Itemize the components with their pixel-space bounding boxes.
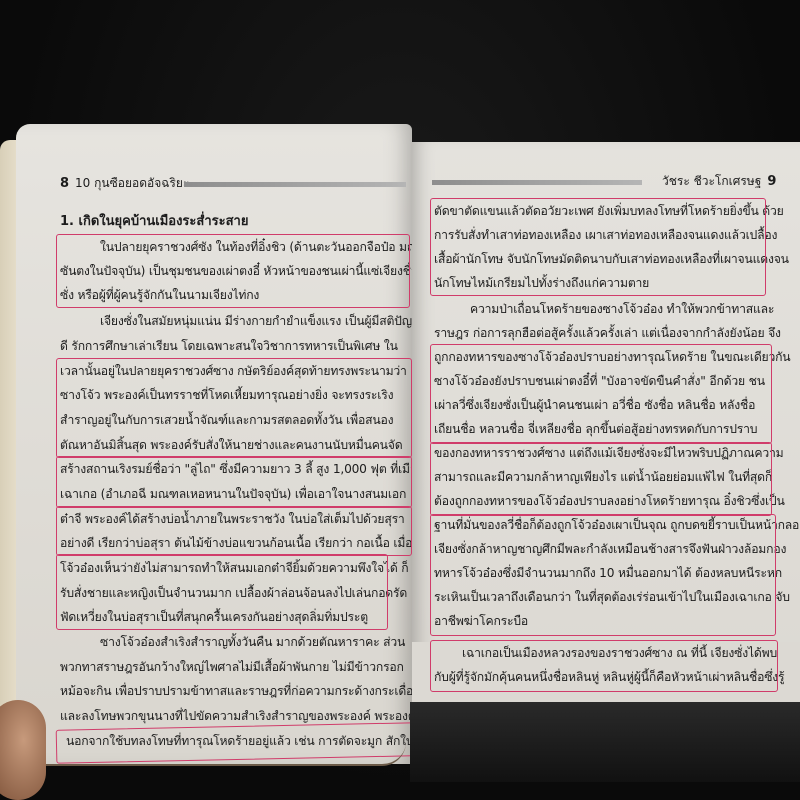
text-line: ต้องถูกกองทหารของโจ้วอ๋องปราบลงอย่างโหดร…	[434, 492, 785, 511]
text-line: ซันตงในปัจจุบัน) เป็นชุมชนของเผ่าตงอี๋ ห…	[60, 262, 418, 281]
text-line: ระเหินเป็นเวลาถึงเดือนกว่า ในที่สุดต้องเ…	[434, 588, 790, 607]
right-page: วัชระ ชีวะโกเศรษฐ 9 ตัดขาตัดแขนแล้วตัดอว…	[412, 142, 800, 672]
text-line: เฉาเกอเป็นเมืองหลวงรองของราชวงศ์ซาง ณ ที…	[462, 644, 777, 663]
text-line: ความป่าเถื่อนโหดร้ายของซางโจ้วอ๋อง ทำให้…	[470, 300, 774, 319]
left-page: 8 10 กุนซือยอดอัจฉริยะ 1. เกิดในยุคบ้านเ…	[16, 124, 412, 764]
text-line: ถูกกองทหารของซางโจ้วอ๋องปราบอย่างทารุณโห…	[434, 348, 790, 367]
text-line: สร้างสถานเริงรมย์ชื่อว่า "ลู่ไถ" ซึ่งมีค…	[60, 460, 423, 479]
text-line: พวกทาสราษฎรอันกว้างใหญ่ไพศาลไม่มีเสื้อผ้…	[60, 658, 404, 677]
text-line: เผ่าลวี่ซึ่งเจียงซั่งเป็นผู้นำคนชนเผ่า อ…	[434, 396, 755, 415]
left-running-title: 10 กุนซือยอดอัจฉริยะ	[75, 174, 189, 193]
text-line: เสื้อผ้านักโทษ จับนักโทษมัดติดนาบกับเสาท…	[434, 250, 789, 269]
ink-highlight-box	[56, 722, 415, 763]
text-line: อย่างดี เรียกว่าบ่อสุรา ต้นไม้ข้างบ่อแขว…	[60, 534, 412, 553]
text-line: นอกจากใช้บทลงโทษที่ทารุณโหดร้ายอยู่แล้ว …	[66, 732, 436, 751]
text-line: ซางโจ้วอ๋องยังปราบชนเผ่าตงอี๋ที่ "บังอาจ…	[434, 372, 765, 391]
right-running-title: วัชระ ชีวะโกเศรษฐ	[662, 172, 761, 191]
text-line: โจ้วอ๋องเห็นว่ายังไม่สามารถทำให้สนมเอกต๋…	[60, 559, 408, 578]
text-line: ฟัดเหวี่ยงในบ่อสุราเป็นที่สนุกครื้นเครงก…	[60, 608, 368, 627]
right-page-bottom: เฉาเกอเป็นเมืองหลวงรองของราชวงศ์ซาง ณ ที…	[412, 642, 800, 702]
table-surface	[410, 702, 800, 782]
text-line: กับผู้ที่รู้จักมักคุ้นคนหนึ่งชื่อหลินหู่…	[434, 668, 784, 687]
text-line: การรับสั่งทำเสาท่อทองเหลือง เผาเสาท่อทอง…	[434, 226, 777, 245]
text-line: ตัณหาอันมิสิ้นสุด พระองค์รับสั่งให้นายช่…	[60, 436, 402, 455]
text-line: ซั่ง หรือผู้ที่ผู้คนรู้จักกันในนามเจียงไ…	[60, 286, 259, 305]
text-line: รับสั่งชายและหญิงเป็นจำนวนมาก เปลื้องผ้า…	[60, 584, 407, 603]
text-line: สามารถและมีความกล้าหาญเพียงไร แต่น้ำน้อย…	[434, 468, 772, 487]
text-line: ในปลายยุคราชวงศ์ซัง ในท้องที่อิ๋งชิว (ด้…	[100, 238, 435, 257]
text-line: เวลานั้นอยู่ในปลายยุคราชวงศ์ซาง กษัตริย์…	[60, 362, 407, 381]
text-line: เจียงซั่งกล้าหาญชาญศึกมีพละกำลังเหมือนช้…	[434, 540, 786, 559]
text-line: ซางโจ้วอ๋องสำเริงสำราญทั้งวันคืน มากด้วย…	[100, 633, 405, 652]
left-page-number: 8	[60, 176, 69, 191]
text-line: เฉาเกอ (อำเภอฉี มณฑลเหอหนานในปัจจุบัน) เ…	[60, 485, 406, 504]
text-line: ราษฎร ก่อการลุกฮือต่อสู้ครั้งแล้วครั้งเล…	[434, 324, 781, 343]
left-running-head: 8 10 กุนซือยอดอัจฉริยะ	[60, 174, 189, 193]
text-line: ดี รักการศึกษาเล่าเรียน โดยเฉพาะสนใจวิชา…	[60, 337, 398, 356]
text-line: ฐานที่มั่นของลวี่ชื่อก็ต้องถูกโจ้วอ๋องเผ…	[434, 516, 800, 535]
left-header-rule	[184, 182, 406, 187]
right-running-head: วัชระ ชีวะโกเศรษฐ 9	[662, 172, 776, 191]
text-line: อาชีพฆ่าโคกระบือ	[434, 612, 528, 631]
text-line: ตัดขาตัดแขนแล้วตัดอวัยวะเพศ ยังเพิ่มบทลง…	[434, 202, 784, 221]
text-line: ของกองทหารราชวงศ์ซาง แต่ถึงแม้เจียงซั่งจ…	[434, 444, 783, 463]
text-line: และลงโทษพวกขุนนางที่ไปขัดความสำเริงสำราญ…	[60, 707, 416, 726]
text-line: นักโทษไหม้เกรียมไปทั้งร่างถึงแก่ความตาย	[434, 274, 649, 293]
text-line: หม้อจะกิน เพื่อปราบปรามข้าทาสและราษฎรที่…	[60, 682, 419, 701]
thumb	[0, 700, 46, 800]
text-line: ต๋าจี พระองค์ได้สร้างบ่อน้ำภายในพระราชวั…	[60, 510, 405, 529]
text-line: เจียงซั่งในสมัยหนุ่มแน่น มีร่างกายกำยำแข…	[100, 312, 429, 331]
text-line: ซางโจ้ว พระองค์เป็นทรราชที่โหดเหี้ยมทารุ…	[60, 386, 393, 405]
text-line: สำราญอยู่ในกับการเสวยน้ำจัณฑ์และกามรสตลอ…	[60, 411, 393, 430]
right-header-rule	[432, 180, 642, 185]
left-section-heading: 1. เกิดในยุคบ้านเมืองระส่ำระสาย	[60, 210, 248, 231]
text-line: ทหารโจ้วอ๋องซึ่งมีจำนวนมากถึง 10 หมื่นออ…	[434, 564, 782, 583]
text-line: เถียนชื่อ หลวนชื่อ จี่เหลียงชื่อ ลุกขึ้น…	[434, 420, 757, 439]
right-page-number: 9	[767, 174, 776, 189]
